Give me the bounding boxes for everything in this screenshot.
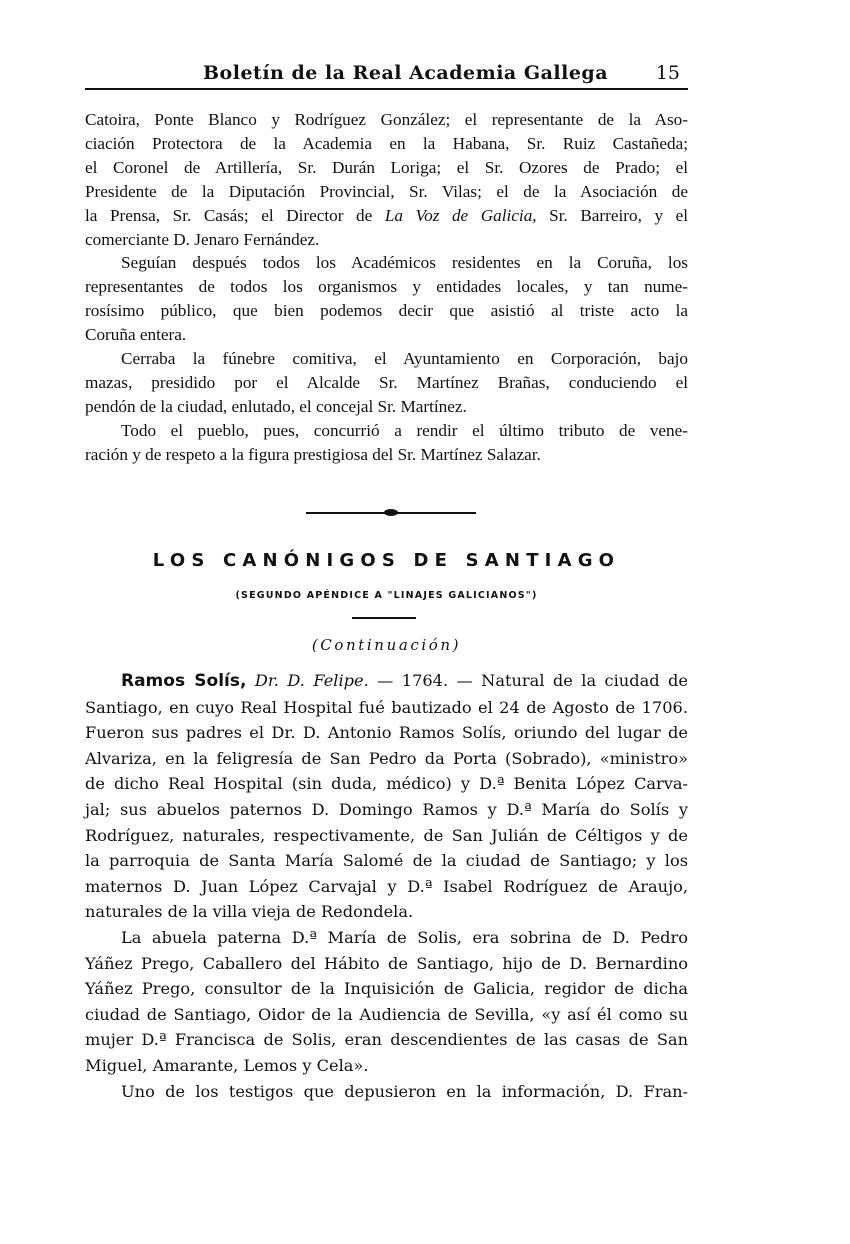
text-line: Rodríguez, naturales, respectivamente, d… bbox=[85, 823, 688, 849]
newspaper-title: La Voz de Galicia, bbox=[385, 206, 537, 225]
text-line: Coruña entera. bbox=[85, 323, 688, 347]
text-line: Uno de los testigos que depusieron en la… bbox=[85, 1079, 688, 1105]
obituary-continuation-text: Catoira, Ponte Blanco y Rodríguez Gonzál… bbox=[85, 108, 688, 467]
paragraph: Cerraba la fúnebre comitiva, el Ayuntami… bbox=[85, 347, 688, 419]
paragraph: Uno de los testigos que depusieron en la… bbox=[85, 1079, 688, 1105]
section-subtitle: (SEGUNDO APÉNDICE A "LINAJES GALICIANOS"… bbox=[85, 590, 688, 601]
continuation-label: (Continuación) bbox=[85, 636, 688, 654]
text-line: representantes de todos los organismos y… bbox=[85, 275, 688, 299]
text-line-with-italic: la Prensa, Sr. Casás; el Director de La … bbox=[85, 204, 688, 228]
text-line: Santiago, en cuyo Real Hospital fué baut… bbox=[85, 695, 688, 721]
text-line: el Coronel de Artillería, Sr. Durán Lori… bbox=[85, 156, 688, 180]
text-line: Cerraba la fúnebre comitiva, el Ayuntami… bbox=[85, 347, 688, 371]
text-line: ración y de respeto a la figura prestigi… bbox=[85, 443, 688, 467]
text-line: Presidente de la Diputación Provincial, … bbox=[85, 180, 688, 204]
short-rule bbox=[352, 617, 416, 619]
entry-first-line: Ramos Solís, Dr. D. Felipe. — 1764. — Na… bbox=[85, 668, 688, 695]
text-line: maternos D. Juan López Carvajal y D.ª Is… bbox=[85, 874, 688, 900]
paragraph: Todo el pueblo, pues, concurrió a rendir… bbox=[85, 419, 688, 467]
text-line: naturales de la villa vieja de Redondela… bbox=[85, 899, 688, 925]
text-line: mazas, presidido por el Alcalde Sr. Mart… bbox=[85, 371, 688, 395]
paragraph: La abuela paterna D.ª María de Solis, er… bbox=[85, 925, 688, 1079]
text-line: comerciante D. Jenaro Fernández. bbox=[85, 228, 688, 252]
text-line: rosísimo público, que bien podemos decir… bbox=[85, 299, 688, 323]
entry-ramos-solis: Ramos Solís, Dr. D. Felipe. — 1764. — Na… bbox=[85, 668, 688, 1104]
text-line: Alvariza, en la feligresía de San Pedro … bbox=[85, 746, 688, 772]
text-line: jal; sus abuelos paternos D. Domingo Ram… bbox=[85, 797, 688, 823]
paragraph: Ramos Solís, Dr. D. Felipe. — 1764. — Na… bbox=[85, 668, 688, 925]
section-divider-ornament bbox=[296, 509, 486, 517]
text-line: La abuela paterna D.ª María de Solis, er… bbox=[85, 925, 688, 951]
entry-name: Ramos Solís, bbox=[121, 671, 246, 691]
text-line: Catoira, Ponte Blanco y Rodríguez Gonzál… bbox=[85, 108, 688, 132]
text-line: Fueron sus padres el Dr. D. Antonio Ramo… bbox=[85, 720, 688, 746]
text-line: de dicho Real Hospital (sin duda, médico… bbox=[85, 771, 688, 797]
text-line: ciudad de Santiago, Oidor de la Audienci… bbox=[85, 1002, 688, 1028]
text-line: pendón de la ciudad, enlutado, el concej… bbox=[85, 395, 688, 419]
entry-date-intro: — 1764. — Natural de la ciudad de bbox=[377, 671, 688, 690]
text-line: Yáñez Prego, Caballero del Hábito de San… bbox=[85, 951, 688, 977]
paragraph: Seguían después todos los Académicos res… bbox=[85, 251, 688, 347]
paragraph: Catoira, Ponte Blanco y Rodríguez Gonzál… bbox=[85, 108, 688, 251]
scanned-page: Boletín de la Real Academia Gallega 15 C… bbox=[0, 0, 850, 1244]
section-title: LOS CANÓNIGOS DE SANTIAGO bbox=[85, 550, 688, 571]
page-number: 15 bbox=[656, 62, 680, 84]
running-title: Boletín de la Real Academia Gallega bbox=[203, 62, 608, 84]
text-line: Yáñez Prego, consultor de la Inquisición… bbox=[85, 976, 688, 1002]
entry-title: Dr. D. Felipe. bbox=[255, 671, 369, 690]
text-line: la parroquia de Santa María Salomé de la… bbox=[85, 848, 688, 874]
text-line: Seguían después todos los Académicos res… bbox=[85, 251, 688, 275]
text-line: Todo el pueblo, pues, concurrió a rendir… bbox=[85, 419, 688, 443]
divider-center-ornament bbox=[384, 509, 398, 516]
text-line: Miguel, Amarante, Lemos y Cela». bbox=[85, 1053, 688, 1079]
running-header: Boletín de la Real Academia Gallega 15 bbox=[85, 58, 688, 90]
text-line: mujer D.ª Francisca de Solis, eran desce… bbox=[85, 1027, 688, 1053]
text-line: ciación Protectora de la Academia en la … bbox=[85, 132, 688, 156]
